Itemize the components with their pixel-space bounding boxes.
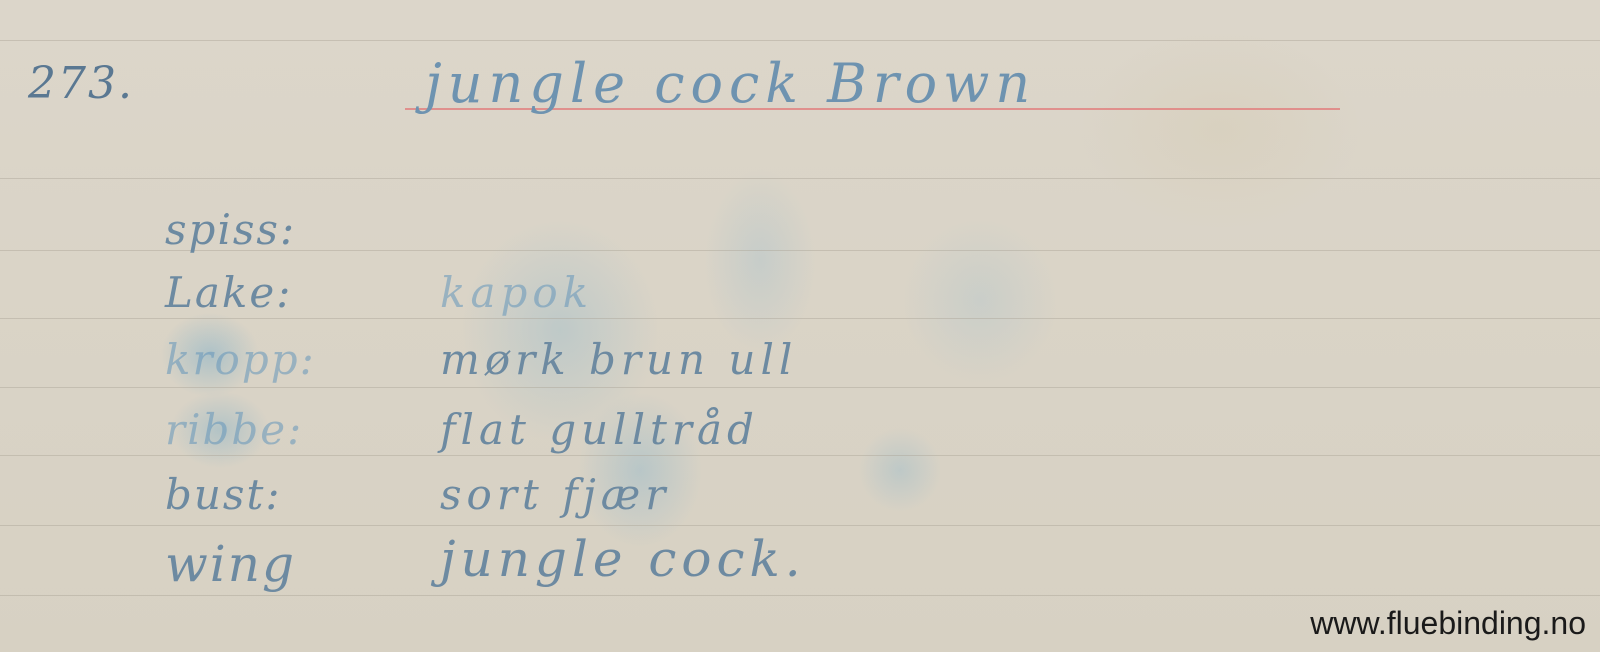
notebook-page: 273. jungle cock Brown spiss: Lake: kapo… — [0, 0, 1600, 652]
field-label-kropp: kropp: — [165, 335, 316, 384]
field-label-wing: wing — [165, 535, 296, 593]
field-label-lake: Lake: — [165, 268, 292, 317]
fly-title: jungle cock Brown — [425, 52, 1036, 115]
field-value-wing: jungle cock. — [440, 530, 806, 588]
ruled-line — [0, 318, 1600, 319]
ruled-line — [0, 387, 1600, 388]
field-value-bust: sort fjær — [440, 470, 670, 519]
field-value-kropp: mørk brun ull — [440, 335, 797, 384]
field-label-spiss: spiss: — [165, 205, 296, 254]
ruled-line — [0, 525, 1600, 526]
field-value-lake: kapok — [440, 268, 593, 317]
ruled-line — [0, 40, 1600, 41]
field-label-bust: bust: — [165, 470, 282, 519]
website-watermark: www.fluebinding.no — [1310, 605, 1586, 642]
ruled-line — [0, 178, 1600, 179]
field-value-ribbe: flat gulltråd — [440, 405, 759, 454]
entry-number: 273. — [28, 58, 134, 109]
field-label-ribbe: ribbe: — [165, 405, 303, 454]
ruled-line — [0, 455, 1600, 456]
ruled-line — [0, 595, 1600, 596]
